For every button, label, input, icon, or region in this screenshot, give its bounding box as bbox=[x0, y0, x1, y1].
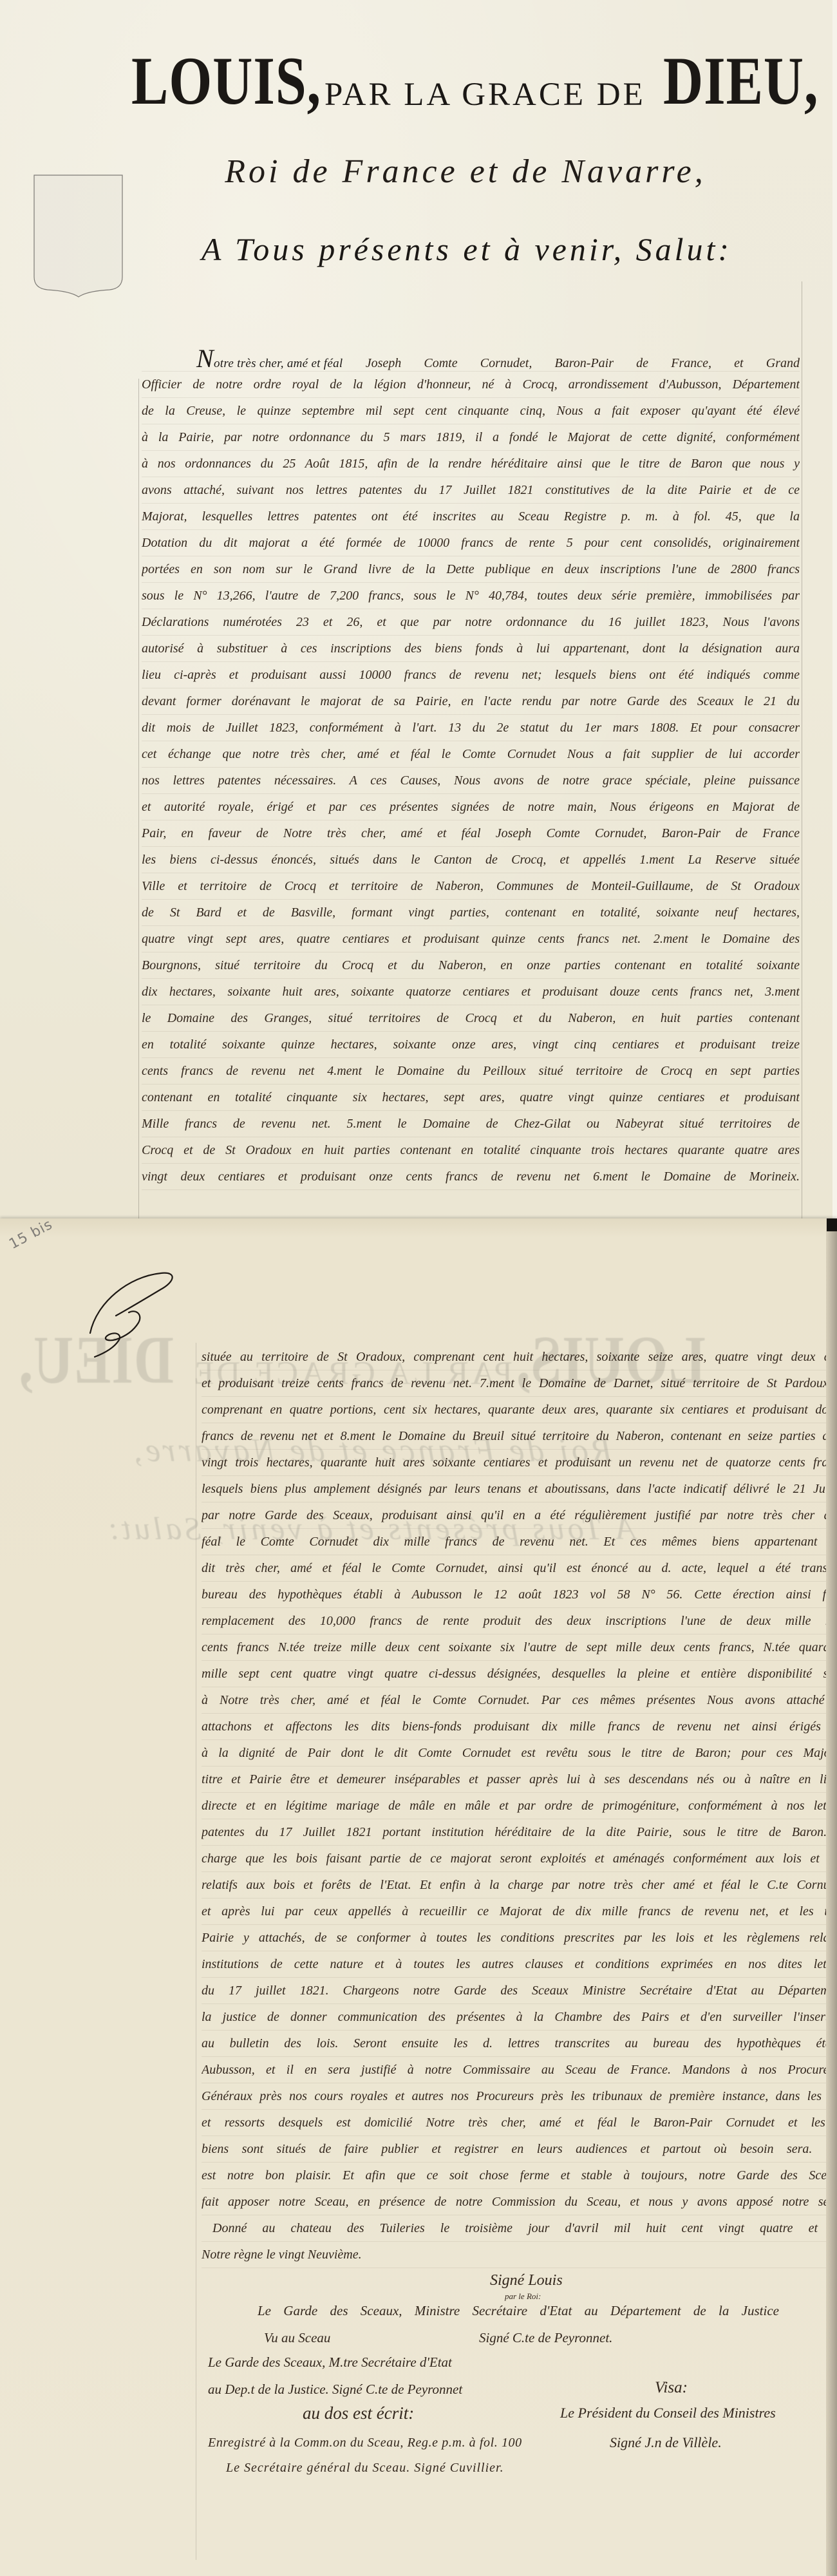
body-line: à la Pairie, par notre ordonnance du 5 m… bbox=[142, 424, 800, 451]
heading-louis: LOUIS, bbox=[131, 46, 321, 115]
body-line: Pair, en faveur de Notre très cher, amé … bbox=[142, 820, 800, 847]
president-conseil-title: Le Président du Conseil des Ministres bbox=[560, 2404, 776, 2422]
body-line: les biens ci-dessus énoncés, situés dans… bbox=[142, 847, 800, 873]
body-line: Généraux près nos cours royales et autre… bbox=[202, 2083, 837, 2110]
opening-handwritten-text: Joseph Comte Cornudet, Baron-Pair de Fra… bbox=[366, 356, 800, 370]
body-line: à Notre très cher, amé et féal le Comte … bbox=[202, 1687, 837, 1714]
body-line: cents francs N.tée treize mille deux cen… bbox=[202, 1634, 837, 1661]
left-margin-rule bbox=[196, 1343, 196, 2560]
garde-des-sceaux-short: Le Garde des Sceaux, M.tre Secrétaire d'… bbox=[208, 2353, 452, 2371]
body-line: directe et en légitime mariage de mâle e… bbox=[202, 1793, 837, 1819]
heading-salutation: A Tous présents et à venir, Salut: bbox=[177, 233, 757, 265]
body-line: le Domaine des Granges, situé territoire… bbox=[142, 1005, 800, 1032]
body-line: biens sont situés de faire publier et re… bbox=[202, 2136, 837, 2163]
body-line: Déclarations numérotées 23 et 26, et que… bbox=[142, 609, 800, 636]
opening-engraved-text: Notre très cher, amé et féal bbox=[196, 345, 343, 372]
page-edge-shadow bbox=[826, 1218, 837, 2576]
heading-dieu: DIEU, bbox=[663, 46, 819, 115]
garde-des-sceaux-title: Le Garde des Sceaux, Ministre Secrétaire… bbox=[258, 2302, 779, 2320]
body-line: Crocq et de St Oradoux en huit parties c… bbox=[142, 1137, 800, 1164]
body-line: en totalité soixante quinze hectares, so… bbox=[142, 1032, 800, 1058]
body-line: charge que les bois faisant partie de ce… bbox=[202, 1846, 837, 1872]
paraph-flourish-icon bbox=[0, 1218, 193, 1373]
villele-signature: Signé J.n de Villèle. bbox=[610, 2434, 722, 2452]
page-1: LOUIS, PAR LA GRACE DE DIEU, Roi de Fran… bbox=[0, 0, 832, 1218]
body-line: devant former dorénavant le majorat de s… bbox=[142, 688, 800, 715]
peyronnet-signature: Signé C.te de Peyronnet. bbox=[479, 2329, 612, 2347]
heading-roi-de-france: Roi de France et de Navarre, bbox=[214, 155, 717, 189]
body-line: nos lettres patentes nécessaires. A ces … bbox=[142, 768, 800, 794]
vu-au-sceau: Vu au Sceau bbox=[264, 2329, 330, 2347]
body-line: comprenant en quatre portions, cent six … bbox=[202, 1397, 837, 1423]
body-line: quatre vingt sept ares, quatre centiares… bbox=[142, 926, 800, 952]
body-line: de la Creuse, le quinze septembre mil se… bbox=[142, 398, 800, 424]
page-corner-shadow bbox=[827, 1218, 837, 1231]
body-line: cet échange que notre très cher, amé et … bbox=[142, 741, 800, 768]
body-line: relatifs aux bois et forêts de l'Etat. E… bbox=[202, 1872, 837, 1899]
body-line: Ville et territoire de Crocq et territoi… bbox=[142, 873, 800, 900]
body-line: la justice de donner communication des p… bbox=[202, 2004, 837, 2031]
body-line: et autorité royale, érigé et par ces pré… bbox=[142, 794, 800, 820]
par-le-roi-note: par le Roi: bbox=[505, 2291, 541, 2302]
body-line: vingt deux centiares et produisant onze … bbox=[142, 1164, 800, 1190]
body-line: avons attaché, suivant nos lettres paten… bbox=[142, 477, 800, 504]
body-line: et après lui par ceux appellés à recueil… bbox=[202, 1899, 837, 1925]
body-line: titre et Pairie être et demeurer insépar… bbox=[202, 1766, 837, 1793]
body-line: de St Bard et de Basville, formant vingt… bbox=[142, 900, 800, 926]
king-signature: Signé Louis bbox=[490, 2271, 563, 2289]
body-line: patentes du 17 Juillet 1821 portant inst… bbox=[202, 1819, 837, 1846]
right-margin-rule bbox=[802, 281, 802, 1218]
body-line: est notre bon plaisir. Et afin que ce so… bbox=[202, 2163, 837, 2189]
left-margin-rule bbox=[138, 379, 139, 1218]
body-line: Officier de notre ordre royal de la légi… bbox=[142, 372, 800, 398]
body-line: francs de revenu net et 8.ment le Domain… bbox=[202, 1423, 837, 1450]
body-line: Dotation du dit majorat a été formée de … bbox=[142, 530, 800, 556]
page-2: LOUIS, PAR LA GRACE DE DIEU, Roi de Fran… bbox=[0, 1218, 837, 2576]
body-line: par notre Garde des Sceaux, produisant a… bbox=[202, 1502, 837, 1529]
body-line: à la dignité de Pair dont le dit Comte C… bbox=[202, 1740, 837, 1766]
body-line: située au territoire de St Oradoux, comp… bbox=[202, 1344, 837, 1370]
body-line: à nos ordonnances du 25 Août 1815, afin … bbox=[142, 451, 800, 477]
body-line: au bulletin des lois. Seront ensuite les… bbox=[202, 2031, 837, 2057]
body-line: et produisant treize cents francs de rev… bbox=[202, 1370, 837, 1397]
opening-line: Notre très cher, amé et féal Joseph Comt… bbox=[142, 345, 800, 372]
page-2-body-text: située au territoire de St Oradoux, comp… bbox=[202, 1344, 837, 2268]
body-line: Majorat, lesquelles lettres patentes ont… bbox=[142, 504, 800, 530]
au-dos-est-ecrit: au dos est écrit: bbox=[303, 2404, 414, 2422]
body-line: bureau des hypothèques établi à Aubusson… bbox=[202, 1582, 837, 1608]
dept-justice-signature: au Dep.t de la Justice. Signé C.te de Pe… bbox=[208, 2380, 462, 2398]
body-line: Aubusson, et il en sera justifié à notre… bbox=[202, 2057, 837, 2083]
body-line: lesquels biens plus amplement désignés p… bbox=[202, 1476, 837, 1502]
body-line: contenant en totalité cinquante six hect… bbox=[142, 1084, 800, 1111]
body-line: institutions de cette nature et à toutes… bbox=[202, 1951, 837, 1978]
body-line: et ressorts desquels est domicilié Notre… bbox=[202, 2110, 837, 2136]
dating-clause-line: Donné au chateau des Tuileries le troisi… bbox=[202, 2215, 837, 2242]
heading-par-la-grace-de: PAR LA GRACE DE bbox=[324, 79, 646, 111]
body-line: remplacement des 10,000 francs de rente … bbox=[202, 1608, 837, 1634]
body-line: attachons et affectons les dits biens-fo… bbox=[202, 1714, 837, 1740]
body-line: Mille francs de revenu net. 5.ment le Do… bbox=[142, 1111, 800, 1137]
body-line: vingt trois hectares, quarante huit ares… bbox=[202, 1450, 837, 1476]
page-1-body-text: Notre très cher, amé et féal Joseph Comt… bbox=[142, 345, 800, 1190]
visa-label: Visa: bbox=[655, 2379, 688, 2397]
enregistrement-note: Enregistré à la Comm.on du Sceau, Reg.e … bbox=[208, 2434, 522, 2452]
body-line: sous le N° 13,266, l'autre de 7,200 fran… bbox=[142, 583, 800, 609]
body-line: fait apposer notre Sceau, en présence de… bbox=[202, 2189, 837, 2215]
body-line: du 17 juillet 1821. Chargeons notre Gard… bbox=[202, 1978, 837, 2004]
body-line: Bourgnons, situé territoire du Crocq et … bbox=[142, 952, 800, 979]
body-line: portées en son nom sur le Grand livre de… bbox=[142, 556, 800, 583]
body-line: cents francs de revenu net 4.ment le Dom… bbox=[142, 1058, 800, 1084]
regnal-year-line: Notre règne le vingt Neuvième. bbox=[202, 2242, 837, 2268]
body-line: dit mois de Juillet 1823, conformément à… bbox=[142, 715, 800, 741]
body-line: mille sept cent quatre vingt quatre ci-d… bbox=[202, 1661, 837, 1687]
secretaire-general-signature: Le Secrétaire général du Sceau. Signé Cu… bbox=[226, 2459, 504, 2477]
body-line: dix hectares, soixante huit ares, soixan… bbox=[142, 979, 800, 1005]
body-line: dit très cher, amé et féal le Comte Corn… bbox=[202, 1555, 837, 1582]
body-line: féal le Comte Cornudet dix mille francs … bbox=[202, 1529, 837, 1555]
body-line: Pairie y attachés, de se conformer à tou… bbox=[202, 1925, 837, 1951]
body-line: lieu ci-après et produisant aussi 10000 … bbox=[142, 662, 800, 688]
body-line: autorisé à substituer à ces inscriptions… bbox=[142, 636, 800, 662]
